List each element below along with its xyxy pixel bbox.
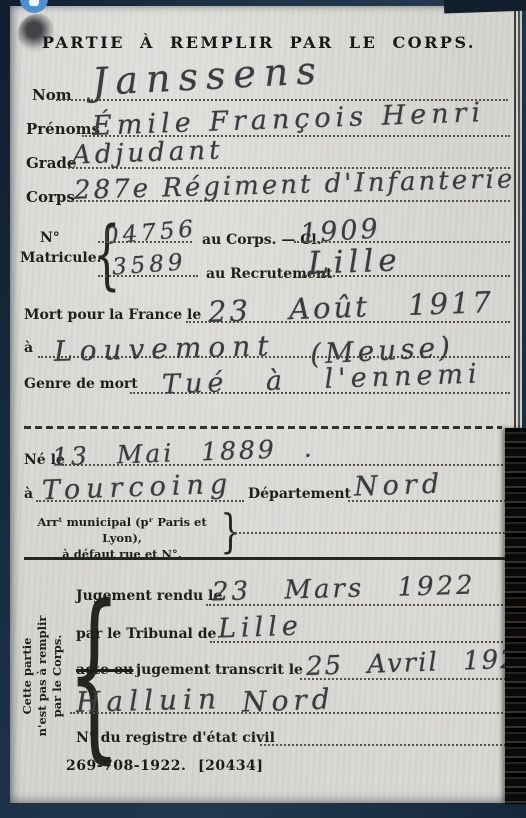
arr-municipal-brace: } xyxy=(220,508,240,554)
corps-label: Corps xyxy=(26,188,75,206)
page-edge-line-outer xyxy=(514,10,516,440)
page-edge-line-inner xyxy=(518,8,520,442)
form-reference-number: 269-708-1922. xyxy=(66,758,186,774)
transcrit-label: jugement transcrit le xyxy=(136,662,303,678)
tribunal-value: Lille xyxy=(217,611,303,645)
departement-label: Département xyxy=(248,486,351,502)
grade-label: Grade xyxy=(26,154,76,172)
document-title: PARTIE À REMPLIR PAR LE CORPS. xyxy=(10,33,508,52)
arr-municipal-dotted-line xyxy=(232,532,508,534)
matricule-recr-dotted-line xyxy=(98,275,198,277)
registre-dotted-line xyxy=(260,744,510,746)
jugement-value: 23 Mars 1922 xyxy=(212,571,476,608)
matricule-no-label: N° xyxy=(40,230,60,246)
grade-value: Adjudant xyxy=(72,135,225,170)
nom-value: Janssens xyxy=(91,48,325,104)
scan-edge-artifact xyxy=(505,428,526,804)
transcrit-value: 25 Avril 1922 xyxy=(306,644,526,682)
genre-mort-label: Genre de mort xyxy=(24,376,138,392)
lieu-mort-value: Louvemont xyxy=(54,329,276,368)
lieu-mort-a-label: à xyxy=(24,340,33,356)
bottom-section-rule xyxy=(24,557,506,560)
transcrit-place-dotted-line xyxy=(70,712,510,714)
side-note: Cette partie n'est pas à remplir par le … xyxy=(20,591,64,761)
jugement-label: Jugement rendu le xyxy=(76,588,222,604)
annotation-marker-glyph xyxy=(29,0,39,6)
nom-label: Nom xyxy=(32,86,72,104)
form-batch-number: [20434] xyxy=(198,758,263,774)
scan-viewport: PARTIE À REMPLIR PAR LE CORPS. Nom Janss… xyxy=(0,0,526,818)
naissance-a-label: à xyxy=(24,486,33,502)
genre-mort-value: Tué à l'ennemi xyxy=(162,358,483,400)
matricule-corps-dotted-line xyxy=(98,241,192,243)
matricule-label: Matricule. xyxy=(20,250,102,266)
mort-label: Mort pour la France le xyxy=(24,307,201,323)
section-divider xyxy=(24,426,502,429)
document-page: PARTIE À REMPLIR PAR LE CORPS. Nom Janss… xyxy=(10,6,522,803)
arr-municipal-label: Arrᵗ municipal (pʳ Paris et Lyon), à déf… xyxy=(24,514,220,562)
tribunal-label: par le Tribunal de xyxy=(76,626,216,642)
recrutement-dotted-line xyxy=(302,275,510,277)
classe-dotted-line xyxy=(294,241,510,243)
departement-dotted-line xyxy=(348,500,510,502)
registre-label: N° du registre d'état civil xyxy=(76,730,275,746)
departement-value: Nord xyxy=(353,468,444,502)
acte-ou-struck-label: acte ou xyxy=(76,662,133,678)
